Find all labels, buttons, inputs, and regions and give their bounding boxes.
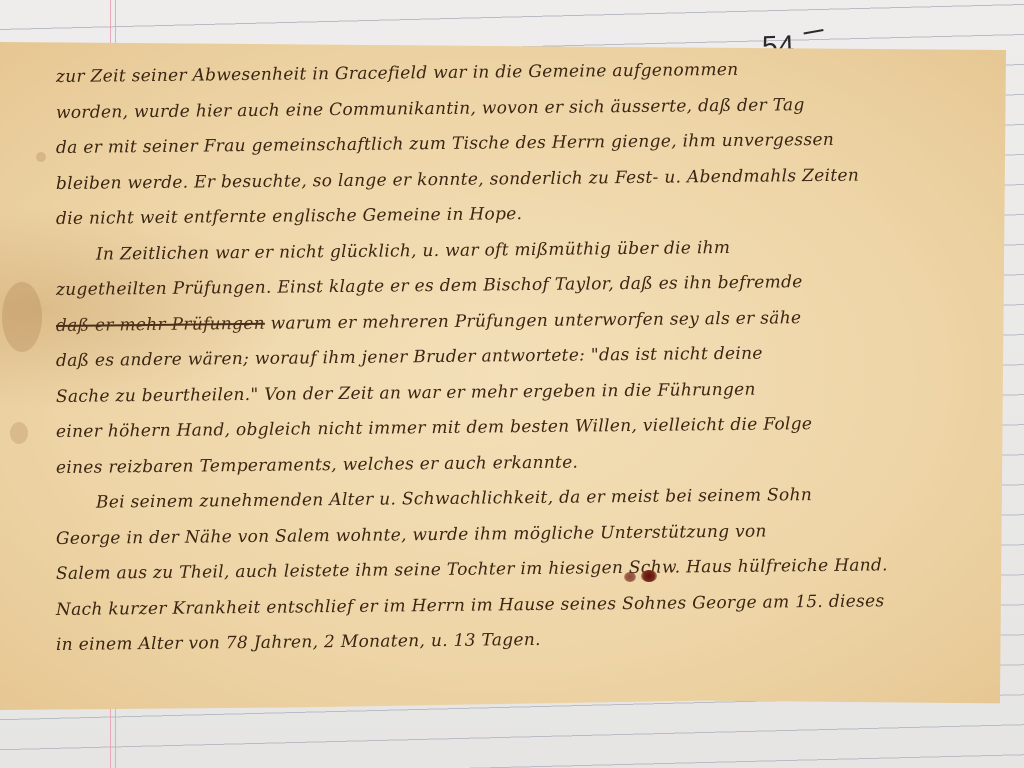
age-stain <box>2 282 42 352</box>
age-stain <box>36 152 46 162</box>
struck-through-text: daß er mehr Prüfungen <box>56 313 265 335</box>
text-line-8-rest: warum er mehreren Prüfungen unterworfen … <box>265 308 802 334</box>
age-stain <box>10 422 28 444</box>
ink-blot <box>624 572 636 582</box>
ink-blot <box>641 570 657 582</box>
handwritten-letter-sheet: zur Zeit seiner Abwesenheit in Gracefiel… <box>0 42 1006 710</box>
letter-text: zur Zeit seiner Abwesenheit in Gracefiel… <box>56 60 986 664</box>
